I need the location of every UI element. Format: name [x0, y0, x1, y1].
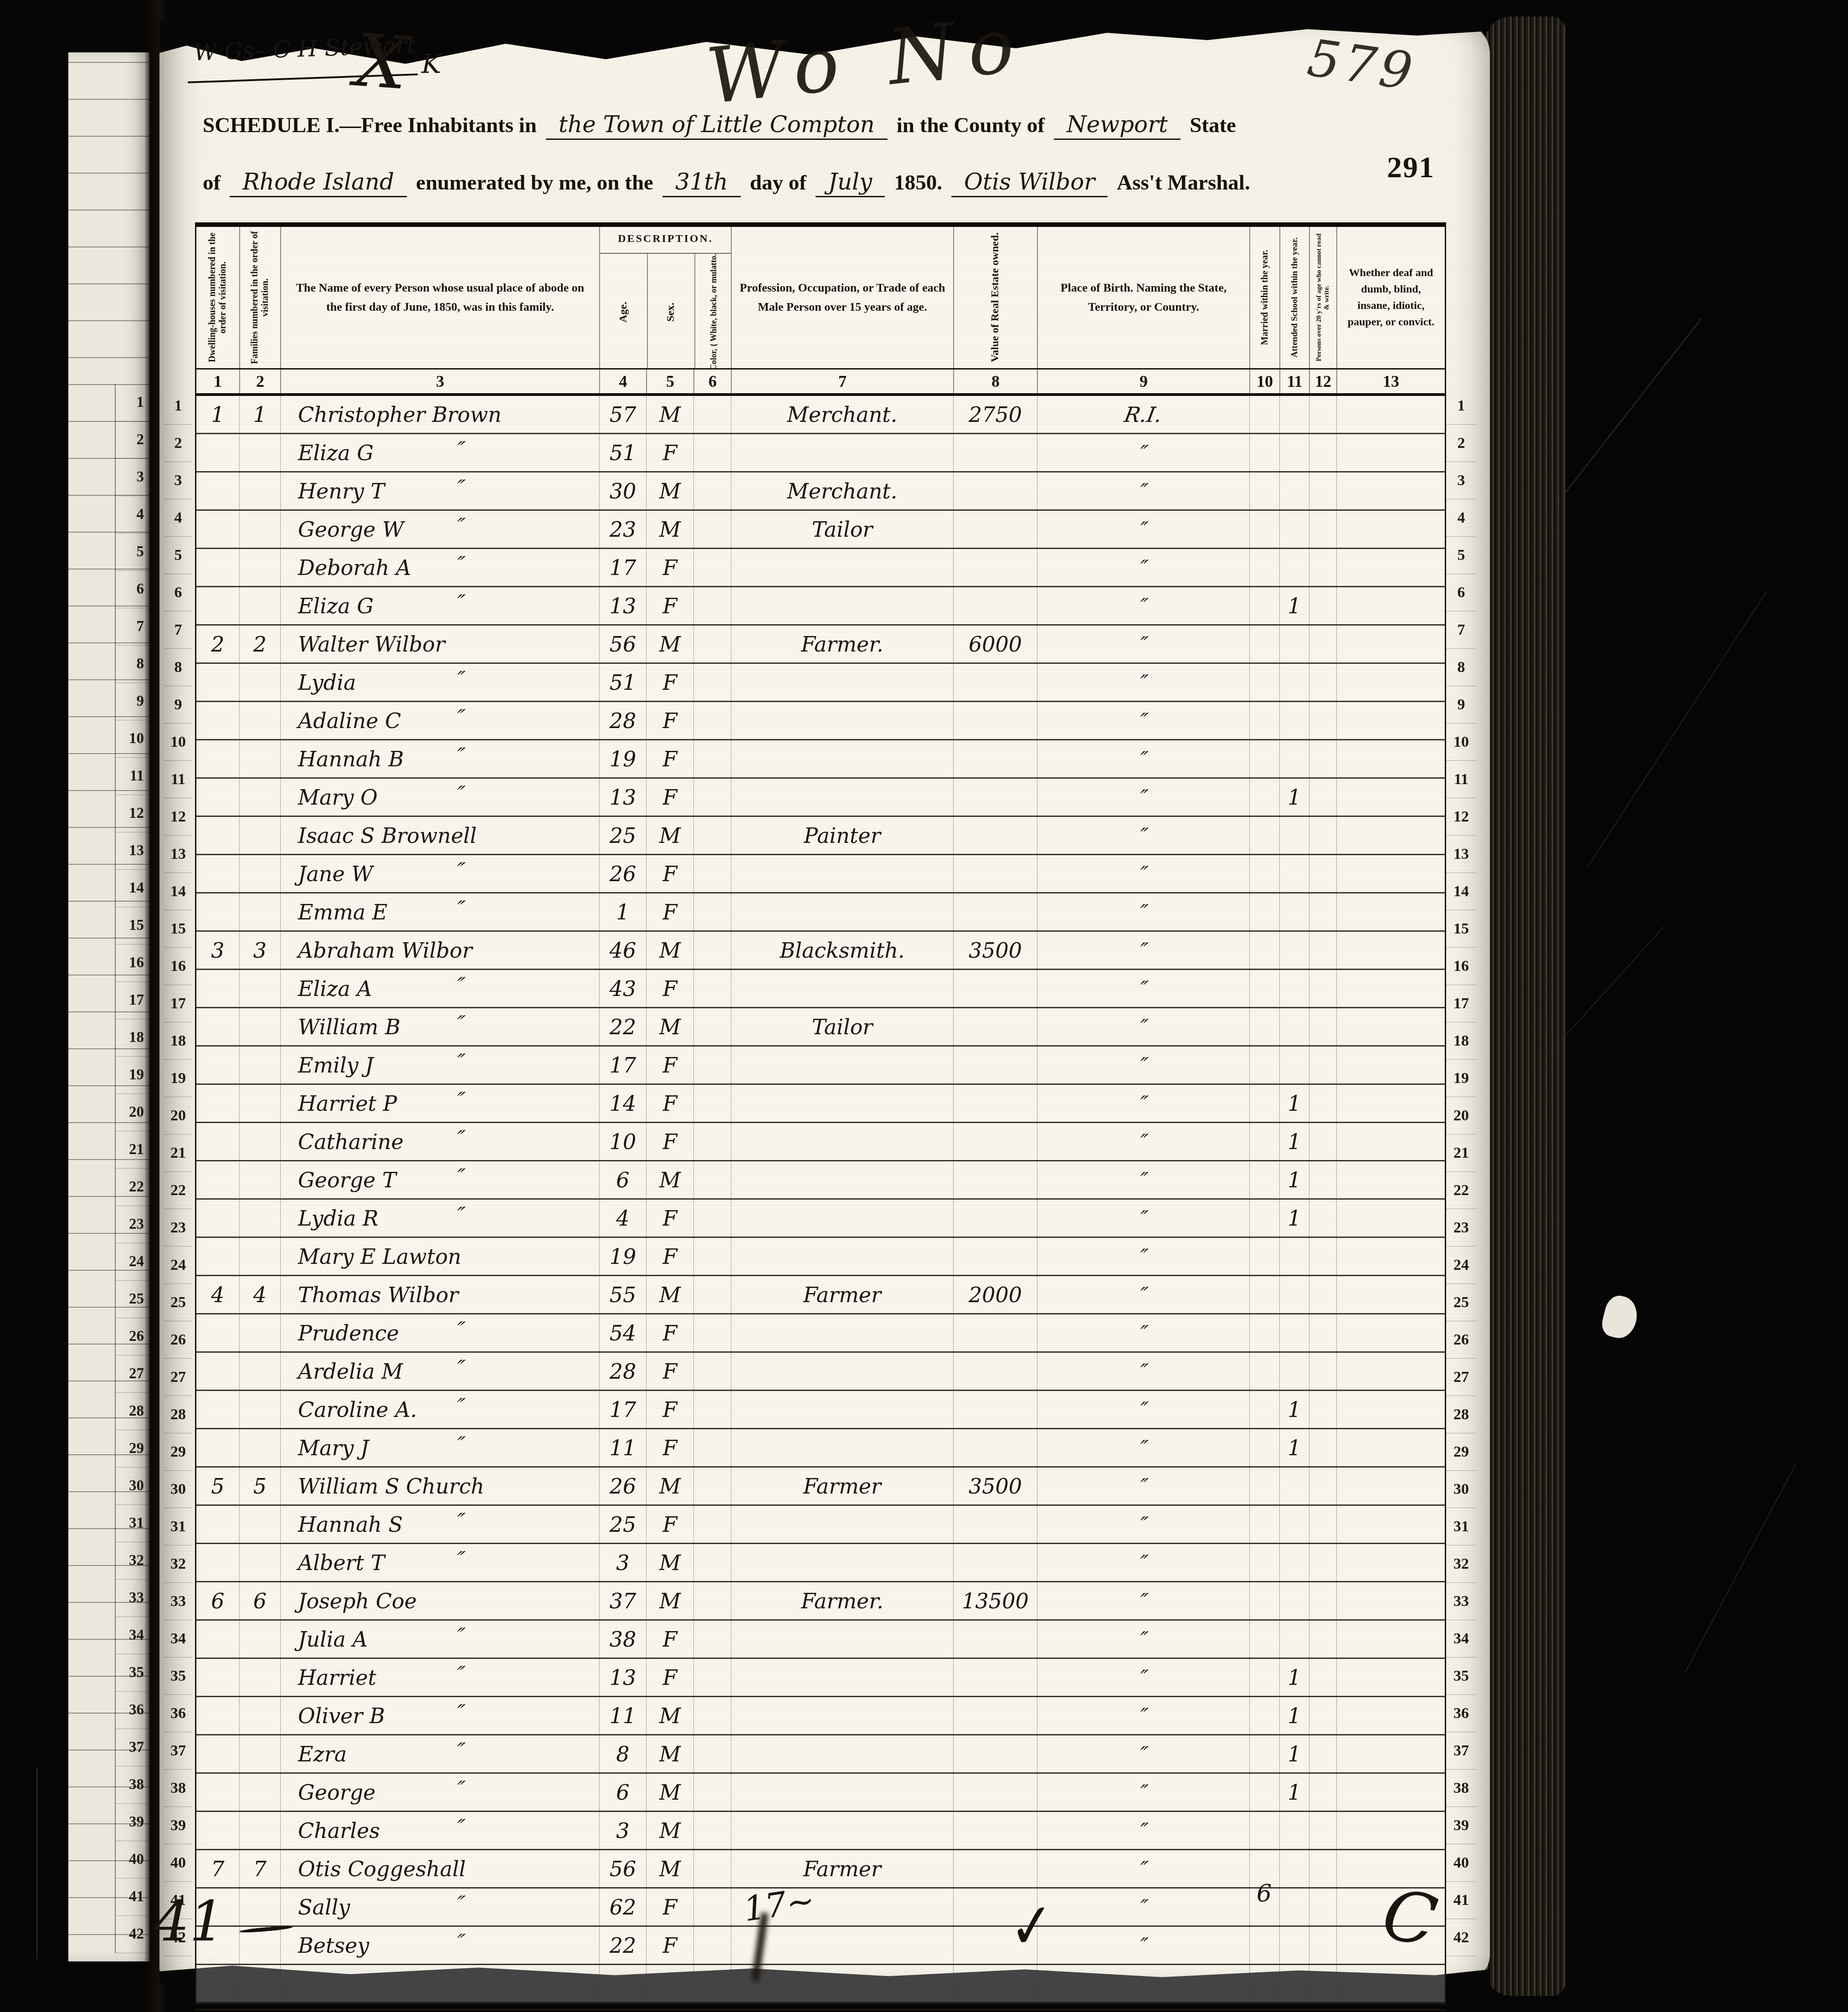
cell-married [1249, 932, 1279, 969]
row-number: 13 [116, 832, 149, 870]
column-number: 1 [196, 370, 239, 393]
cell-occupation [731, 1429, 953, 1466]
column-number: 6 [693, 370, 731, 393]
cell-occupation: Farmer. [731, 1582, 953, 1619]
cell-real-estate-value [953, 1965, 1037, 2002]
handwritten-cross-mark: X [353, 24, 410, 100]
row-number: 13 [164, 836, 192, 873]
cell-cannot-read [1309, 587, 1336, 624]
column-number: 7 [731, 370, 953, 393]
surname-ditto-mark: ″ [453, 552, 467, 576]
cell-occupation [731, 1965, 953, 2002]
cell-sex: F [646, 970, 693, 1007]
row-number: 25 [1446, 1284, 1476, 1321]
cell-remarks [1336, 1429, 1445, 1466]
row-number: 30 [1446, 1471, 1476, 1508]
cell-married [1249, 970, 1279, 1007]
row-number: 37 [164, 1732, 192, 1770]
person-name: Isaac S Brownell [298, 823, 477, 848]
cell-attended-school: 1 [1279, 587, 1309, 624]
cell-birthplace: ″ [1137, 1283, 1150, 1307]
cell-cannot-read [1309, 740, 1336, 777]
person-name: Thomas Wilbor [298, 1283, 458, 1307]
row-number: 33 [116, 1580, 149, 1617]
cell-cannot-read [1309, 549, 1336, 586]
cell-color [693, 1965, 731, 2002]
cell-remarks [1336, 1391, 1445, 1428]
cell-color [693, 1429, 731, 1466]
cell-remarks [1336, 1085, 1445, 1122]
cell-name: Abraham Wilbor [280, 932, 599, 969]
cell-family-number [239, 1429, 280, 1466]
cell-family-number [239, 893, 280, 930]
cell-sex [646, 1965, 693, 2002]
bottom-small-mark: 6 [1257, 1880, 1272, 1907]
cell-remarks [1336, 1812, 1445, 1849]
cell-dwelling-number [196, 779, 239, 816]
cell-dwelling-number [196, 1353, 239, 1390]
cell-cannot-read [1309, 472, 1336, 509]
cell-occupation [731, 1085, 953, 1122]
cell-remarks [1336, 1965, 1445, 2002]
person-name: Sally [298, 1895, 350, 1920]
cell-remarks [1336, 779, 1445, 816]
cell-birthplace: ″ [1137, 1512, 1150, 1537]
cell-age: 13 [599, 779, 646, 816]
cell-family-number [239, 1047, 280, 1083]
cell-color [693, 472, 731, 509]
row-number: 11 [116, 758, 149, 795]
cell-occupation: Merchant. [731, 472, 953, 509]
cell-age: 25 [599, 1506, 646, 1543]
cell-sex: M [646, 1850, 693, 1887]
cell-attended-school: 1 [1279, 1735, 1309, 1772]
cell-name: Charles ″ [280, 1812, 599, 1849]
col-header-name: The Name of every Person whose usual pla… [281, 274, 599, 321]
cell-attended-school [1279, 970, 1309, 1007]
person-name: Prudence [298, 1321, 399, 1345]
table-row: 3 3 Abraham Wilbor 46 M Blacksmith. 3500… [196, 932, 1445, 970]
cell-family-number [239, 1353, 280, 1390]
column-number: 12 [1309, 370, 1336, 393]
cell-sex: F [646, 1047, 693, 1083]
cell-real-estate-value [953, 893, 1037, 930]
row-number: 2 [164, 425, 192, 462]
cell-name: Christopher Brown [280, 396, 599, 433]
cell-color [693, 1314, 731, 1351]
cell-birthplace: ″ [1137, 1474, 1150, 1499]
cell-color [693, 779, 731, 816]
cell-remarks [1336, 549, 1445, 586]
row-number: 10 [116, 720, 149, 758]
cell-dwelling-number [196, 855, 239, 892]
cell-cannot-read [1309, 1850, 1336, 1887]
cell-cannot-read [1309, 1812, 1336, 1849]
cell-age: 17 [599, 1391, 646, 1428]
row-number: 13 [1446, 836, 1476, 873]
cell-family-number [239, 702, 280, 739]
person-name: Hannah S [298, 1512, 403, 1537]
col-header-age: Age. [617, 302, 630, 323]
cell-age: 19 [599, 1238, 646, 1275]
cell-birthplace: ″ [1137, 938, 1150, 963]
row-number: 18 [164, 1022, 192, 1060]
row-number: 2 [1446, 425, 1476, 462]
column-number: 4 [599, 370, 646, 393]
cell-family-number: 1 [239, 396, 280, 433]
surname-ditto-mark: ″ [453, 1049, 467, 1074]
row-number: 20 [164, 1097, 192, 1134]
row-number: 6 [1446, 574, 1476, 611]
surname-ditto-mark: ″ [453, 1930, 467, 1954]
cell-sex: F [646, 1506, 693, 1543]
handwritten-entry: Newport [1054, 111, 1181, 140]
row-number: 15 [1446, 910, 1476, 948]
row-number: 15 [116, 907, 149, 944]
cell-sex: F [646, 740, 693, 777]
cell-cannot-read [1309, 1735, 1336, 1772]
cell-dwelling-number [196, 1161, 239, 1198]
table-row: 4 4 Thomas Wilbor 55 M Farmer 2000 ″ [196, 1276, 1445, 1314]
cell-cannot-read [1309, 1889, 1336, 1925]
person-name: Joseph Coe [298, 1589, 417, 1613]
cell-sex: F [646, 1391, 693, 1428]
cell-dwelling-number [196, 549, 239, 586]
table-row: Julia A ″ 38 F ″ [196, 1621, 1445, 1659]
cell-dwelling-number [196, 1008, 239, 1045]
cell-real-estate-value [953, 702, 1037, 739]
row-number: 41 [1446, 1882, 1476, 1919]
row-number: 38 [164, 1770, 192, 1807]
row-number: 29 [1446, 1433, 1476, 1471]
cell-sex: M [646, 626, 693, 662]
cell-married [1249, 1965, 1279, 2002]
row-number: 28 [116, 1393, 149, 1430]
cell-family-number [239, 1200, 280, 1237]
cell-attended-school [1279, 664, 1309, 701]
cell-family-number [239, 1812, 280, 1849]
row-number: 34 [1446, 1620, 1476, 1658]
row-number: 24 [116, 1243, 149, 1281]
cell-name: Harriet ″ [280, 1659, 599, 1696]
cell-real-estate-value [953, 587, 1037, 624]
surname-ditto-mark: ″ [453, 1088, 467, 1112]
cell-name: Walter Wilbor [280, 626, 599, 662]
cell-remarks [1336, 1582, 1445, 1619]
person-name: Ardelia M [298, 1359, 403, 1384]
person-name: Adaline C [298, 708, 401, 733]
person-name: Otis Coggeshall [298, 1857, 466, 1881]
cell-sex: F [646, 1353, 693, 1390]
cell-dwelling-number [196, 472, 239, 509]
row-number: 27 [164, 1359, 192, 1396]
row-number: 3 [1446, 462, 1476, 499]
row-number: 22 [116, 1169, 149, 1206]
cell-sex: M [646, 1774, 693, 1811]
cell-married [1249, 1659, 1279, 1696]
cell-remarks [1336, 472, 1445, 509]
cell-remarks [1336, 893, 1445, 930]
cell-age: 6 [599, 1774, 646, 1811]
row-number: 31 [1446, 1508, 1476, 1545]
row-number: 36 [1446, 1695, 1476, 1732]
row-number: 4 [1446, 499, 1476, 537]
row-number: 14 [1446, 873, 1476, 910]
cell-real-estate-value: 3500 [953, 1468, 1037, 1504]
table-row: Charles ″ 3 M ″ [196, 1812, 1445, 1850]
cell-married [1249, 549, 1279, 586]
person-name: Oliver B [298, 1704, 385, 1728]
cell-real-estate-value [953, 1659, 1037, 1696]
cell-sex: M [646, 396, 693, 433]
cell-cannot-read [1309, 1965, 1336, 2002]
scratch-mark [1544, 318, 1702, 520]
cell-real-estate-value [953, 549, 1037, 586]
cell-age: 26 [599, 855, 646, 892]
row-number: 42 [116, 1916, 149, 1953]
cell-cannot-read [1309, 893, 1336, 930]
printed-text: Ass't Marshal. [1117, 170, 1250, 195]
cell-sex: M [646, 472, 693, 509]
cell-color [693, 932, 731, 969]
cell-real-estate-value [953, 1161, 1037, 1198]
cell-family-number [239, 1123, 280, 1160]
table-row: Mary O ″ 13 F ″ 1 [196, 779, 1445, 817]
table-row: Hannah S ″ 25 F ″ [196, 1506, 1445, 1544]
row-number: 21 [1446, 1134, 1476, 1172]
cell-birthplace: ″ [1137, 1704, 1150, 1728]
cell-remarks [1336, 664, 1445, 701]
row-number: 34 [164, 1620, 192, 1658]
cell-name: Hannah B ″ [280, 740, 599, 777]
cell-family-number: 5 [239, 1468, 280, 1504]
cell-age: 51 [599, 434, 646, 471]
cell-real-estate-value [953, 664, 1037, 701]
cell-cannot-read [1309, 1544, 1336, 1581]
cell-birthplace: ″ [1137, 517, 1150, 542]
cell-family-number [239, 1238, 280, 1275]
cell-cannot-read [1309, 1276, 1336, 1313]
surname-ditto-mark: ″ [453, 1164, 467, 1189]
cell-color [693, 1161, 731, 1198]
row-number: 24 [1446, 1247, 1476, 1284]
cell-color [693, 740, 731, 777]
cell-age: 30 [599, 472, 646, 509]
cell-cannot-read [1309, 779, 1336, 816]
cell-dwelling-number [196, 1544, 239, 1581]
cell-cannot-read [1309, 1391, 1336, 1428]
cell-married [1249, 1161, 1279, 1198]
row-number: 5 [1446, 537, 1476, 574]
cell-color [693, 1008, 731, 1045]
census-scan: 1234567891011121314151617181920212223242… [0, 0, 1848, 2012]
cell-color [693, 1812, 731, 1849]
cell-attended-school [1279, 893, 1309, 930]
person-name: Lydia R [298, 1206, 379, 1231]
cell-age: 54 [599, 1314, 646, 1351]
row-number: 33 [164, 1583, 192, 1620]
cell-real-estate-value [953, 855, 1037, 892]
person-name: Emma E [298, 900, 387, 924]
cell-age: 3 [599, 1812, 646, 1849]
table-row: Mary E Lawton 19 F ″ [196, 1238, 1445, 1276]
cell-family-number [239, 1965, 280, 2002]
printed-text: day of [750, 170, 806, 195]
surname-ditto-mark: ″ [453, 1776, 467, 1801]
cell-attended-school: 1 [1279, 1429, 1309, 1466]
row-number: 7 [164, 611, 192, 649]
cell-family-number [239, 1621, 280, 1658]
cell-occupation: Farmer [731, 1276, 953, 1313]
cell-dwelling-number [196, 587, 239, 624]
cell-married [1249, 1238, 1279, 1275]
surname-ditto-mark: ″ [453, 513, 467, 538]
table-body: 1 1 Christopher Brown 57 M Merchant. 275… [196, 396, 1445, 2003]
row-number: 23 [116, 1206, 149, 1243]
cell-occupation: Tailor [731, 1008, 953, 1045]
cell-birthplace: ″ [1137, 1665, 1150, 1690]
row-number: 4 [116, 496, 149, 534]
cell-age: 3 [599, 1544, 646, 1581]
cell-married [1249, 1621, 1279, 1658]
cell-name: Lydia ″ [280, 664, 599, 701]
row-number: 7 [1446, 611, 1476, 649]
cell-name: Mary E Lawton [280, 1238, 599, 1275]
cell-real-estate-value: 3500 [953, 932, 1037, 969]
cell-remarks [1336, 1697, 1445, 1734]
cell-family-number [239, 587, 280, 624]
cell-real-estate-value: 2000 [953, 1276, 1037, 1313]
row-number: 16 [164, 948, 192, 985]
cell-occupation [731, 970, 953, 1007]
cell-birthplace: ″ [1137, 1780, 1150, 1805]
cell-color [693, 1582, 731, 1619]
cell-remarks [1336, 1621, 1445, 1658]
cell-name: Eliza G ″ [280, 434, 599, 471]
cell-real-estate-value [953, 1621, 1037, 1658]
cell-real-estate-value [953, 1735, 1037, 1772]
cell-birthplace: ″ [1137, 1627, 1150, 1652]
cell-age: 22 [599, 1927, 646, 1964]
cell-attended-school [1279, 1314, 1309, 1351]
cell-family-number [239, 779, 280, 816]
cell-age: 37 [599, 1582, 646, 1619]
cell-occupation [731, 1621, 953, 1658]
cell-sex: M [646, 1276, 693, 1313]
person-name: Albert T [298, 1550, 385, 1575]
cell-married [1249, 472, 1279, 509]
cell-birthplace: ″ [1137, 1589, 1150, 1613]
cell-sex: F [646, 587, 693, 624]
cell-birthplace: ″ [1137, 1091, 1150, 1116]
cell-age: 13 [599, 587, 646, 624]
table-row: Lydia ″ 51 F ″ [196, 664, 1445, 702]
cell-birthplace: ″ [1137, 1206, 1150, 1231]
cell-dwelling-number [196, 511, 239, 548]
facing-page-edge: 1234567891011121314151617181920212223242… [68, 52, 149, 1961]
person-name: Betsey [298, 1933, 369, 1958]
cell-age: 43 [599, 970, 646, 1007]
row-number: 6 [116, 571, 149, 608]
table-row: William B ″ 22 M Tailor ″ [196, 1008, 1445, 1047]
surname-ditto-mark: ″ [453, 475, 467, 500]
table-row: George T ″ 6 M ″ 1 [196, 1161, 1445, 1200]
cell-name: Jane W ″ [280, 855, 599, 892]
cell-name: William S Church [280, 1468, 599, 1504]
row-number: 29 [116, 1430, 149, 1468]
cell-family-number [239, 1085, 280, 1122]
cell-dwelling-number [196, 1735, 239, 1772]
row-number: 27 [1446, 1359, 1476, 1396]
cell-age: 19 [599, 740, 646, 777]
row-number: 10 [164, 724, 192, 761]
cell-dwelling-number: 5 [196, 1468, 239, 1504]
cell-cannot-read [1309, 702, 1336, 739]
table-row: Caroline A. ″ 17 F ″ 1 [196, 1391, 1445, 1429]
column-number: 2 [239, 370, 280, 393]
cell-age: 10 [599, 1123, 646, 1160]
cell-dwelling-number: 1 [196, 396, 239, 433]
row-number: 17 [164, 985, 192, 1022]
census-table: Dwelling-houses numbered in the order of… [195, 222, 1446, 2005]
scratch-mark [1587, 591, 1767, 867]
cell-color [693, 1506, 731, 1543]
cell-age: 55 [599, 1276, 646, 1313]
row-number: 12 [1446, 798, 1476, 836]
cell-age: 57 [599, 396, 646, 433]
surname-ditto-mark: ″ [453, 1432, 467, 1457]
cell-color [693, 434, 731, 471]
cell-sex: F [646, 1238, 693, 1275]
cell-attended-school [1279, 1506, 1309, 1543]
cell-married [1249, 740, 1279, 777]
surname-ditto-mark: ″ [453, 1126, 467, 1150]
cell-name: Emily J ″ [280, 1047, 599, 1083]
cell-real-estate-value: 6000 [953, 626, 1037, 662]
cell-color [693, 626, 731, 662]
person-name: Harriet P [298, 1091, 397, 1116]
row-number: 34 [116, 1617, 149, 1654]
row-number: 36 [116, 1692, 149, 1729]
cell-attended-school [1279, 626, 1309, 662]
cell-dwelling-number: 7 [196, 1850, 239, 1887]
cell-family-number: 4 [239, 1276, 280, 1313]
surname-ditto-mark: ″ [453, 1509, 467, 1533]
cell-cannot-read [1309, 1774, 1336, 1811]
cell-remarks [1336, 1659, 1445, 1696]
cell-family-number [239, 664, 280, 701]
cell-attended-school: 1 [1279, 1200, 1309, 1237]
cell-occupation [731, 1353, 953, 1390]
cell-family-number: 3 [239, 932, 280, 969]
cell-real-estate-value [953, 511, 1037, 548]
cell-color [693, 702, 731, 739]
cell-attended-school [1279, 472, 1309, 509]
cell-name: Deborah A ″ [280, 549, 599, 586]
cell-remarks [1336, 1544, 1445, 1581]
cell-attended-school: 1 [1279, 1774, 1309, 1811]
cell-name [280, 1965, 599, 2002]
scratch-mark [36, 1768, 38, 1959]
table-row: Oliver B ″ 11 M ″ 1 [196, 1697, 1445, 1735]
row-number: 18 [116, 1019, 149, 1057]
cell-color [693, 1544, 731, 1581]
row-number: 32 [1446, 1545, 1476, 1583]
cell-name: Eliza A ″ [280, 970, 599, 1007]
cell-color [693, 817, 731, 854]
row-number: 5 [164, 537, 192, 574]
cell-birthplace: ″ [1137, 1129, 1150, 1154]
